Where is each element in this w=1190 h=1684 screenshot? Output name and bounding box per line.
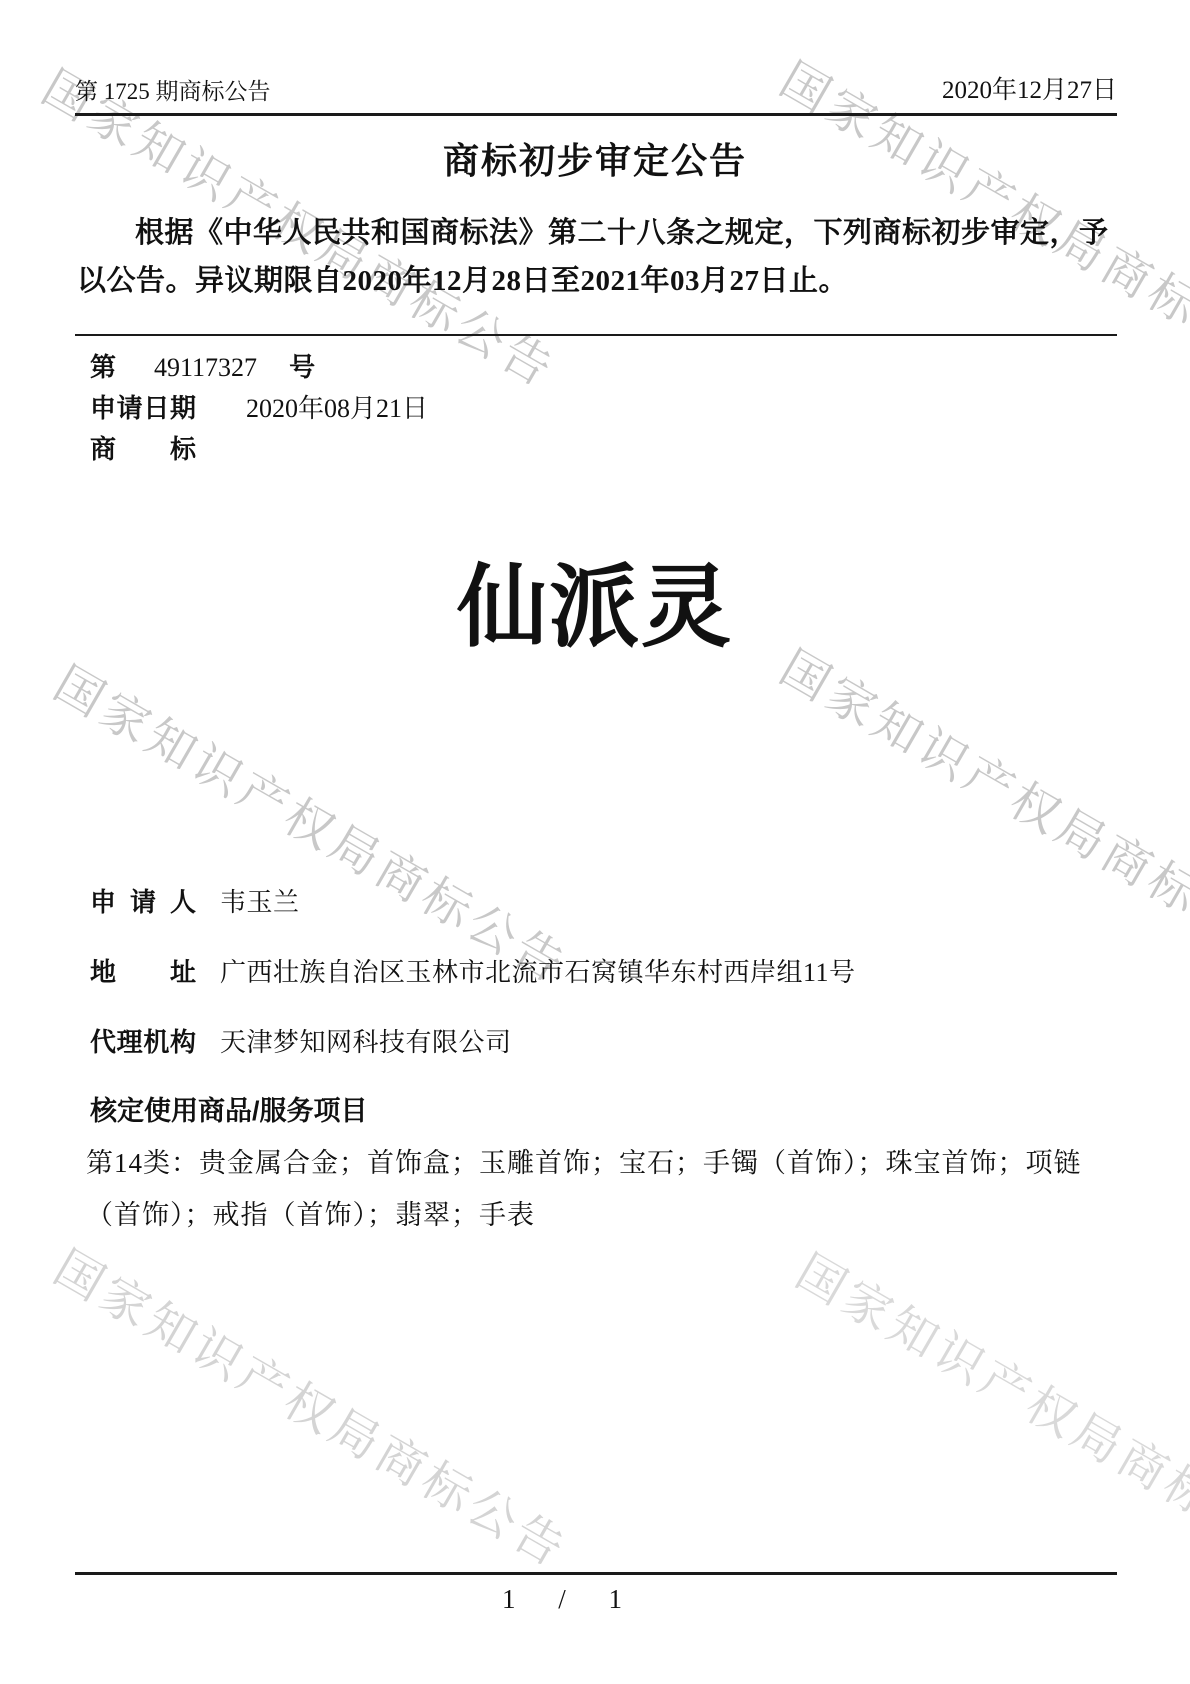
- total-page-number: 1: [609, 1584, 623, 1615]
- applicant-row: 申请人 韦玉兰: [90, 882, 300, 919]
- goods-services-heading: 核定使用商品/服务项目: [90, 1089, 368, 1128]
- registration-number-prefix: 第: [90, 347, 116, 384]
- agency-label: 代理机构: [90, 1022, 196, 1059]
- gazette-issue-label: 第 1725 期商标公告: [75, 73, 271, 106]
- applicant-label: 申请人: [90, 882, 196, 919]
- registration-number-suffix: 号: [289, 347, 315, 384]
- trademark-label-row: 商标: [90, 429, 196, 466]
- page-number-indicator: 1 / 1: [0, 1584, 1124, 1615]
- document-page: 国家知识产权局商标公告 国家知识产权局商标公告 国家知识产权局商标公告 国家知识…: [0, 0, 1190, 1684]
- document-content: 第 1725 期商标公告 2020年12月27日 商标初步审定公告 根据《中华人…: [0, 0, 1190, 1684]
- header-divider: [75, 113, 1117, 116]
- section-divider: [75, 334, 1117, 336]
- intro-paragraph: 根据《中华人民共和国商标法》第二十八条之规定，下列商标初步审定，予以公告。异议期…: [77, 209, 1117, 305]
- trademark-label: 商标: [90, 429, 196, 466]
- page-title: 商标初步审定公告: [0, 133, 1190, 184]
- application-date-label: 申请日期: [90, 388, 196, 425]
- application-date-value: 2020年08月21日: [246, 388, 428, 425]
- agency-value: 天津梦知网科技有限公司: [220, 1022, 512, 1059]
- trademark-text: 仙派灵: [0, 534, 1190, 664]
- registration-number: 49117327: [154, 353, 257, 383]
- current-page-number: 1: [502, 1584, 516, 1615]
- registration-number-row: 第 49117327 号: [90, 347, 315, 384]
- address-value: 广西壮族自治区玉林市北流市石窝镇华东村西岸组11号: [220, 952, 856, 989]
- applicant-name: 韦玉兰: [220, 882, 300, 919]
- footer-divider: [75, 1572, 1117, 1575]
- application-date-row: 申请日期 2020年08月21日: [90, 388, 428, 425]
- gazette-date: 2020年12月27日: [942, 70, 1117, 106]
- agency-row: 代理机构 天津梦知网科技有限公司: [90, 1022, 512, 1059]
- address-label: 地址: [90, 952, 196, 989]
- goods-services-list: 第14类：贵金属合金；首饰盒；玉雕首饰；宝石；手镯（首饰）；珠宝首饰；项链（首饰…: [86, 1137, 1124, 1241]
- address-row: 地址 广西壮族自治区玉林市北流市石窝镇华东村西岸组11号: [90, 952, 856, 989]
- page-header: 第 1725 期商标公告 2020年12月27日: [75, 70, 1117, 106]
- page-number-separator: /: [558, 1584, 566, 1615]
